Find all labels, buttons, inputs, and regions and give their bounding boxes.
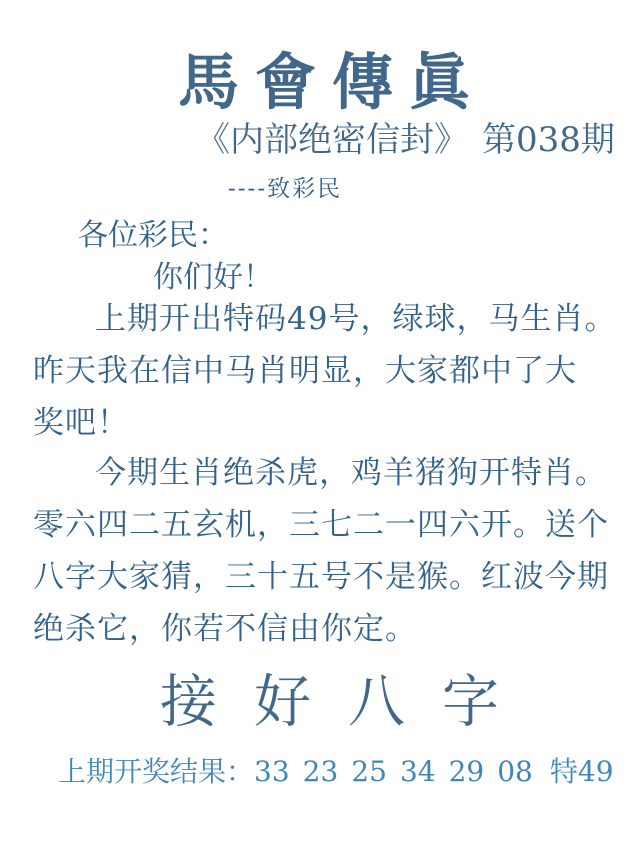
text-line: 奖吧！ xyxy=(33,397,598,449)
special-number-value: 49 xyxy=(578,755,614,788)
special-number-label: 特 xyxy=(550,755,578,788)
result-number: 08 xyxy=(497,755,533,788)
slogan-text: 接好八字 xyxy=(160,670,536,736)
result-number: 34 xyxy=(400,755,436,788)
result-number: 23 xyxy=(303,755,339,788)
text-line: 八字大家猜，三十五号不是猴。红波今期 xyxy=(33,551,598,603)
paragraph-last-draw-recap: 上期开出特码49号，绿球，马生肖。 昨天我在信中马肖明显，大家都中了大 奖吧！ xyxy=(33,293,598,449)
text-line: 绝杀它，你若不信由你定。 xyxy=(33,603,598,655)
page-title: 馬會傳眞 xyxy=(178,52,486,113)
dedication-line: ----致彩民 xyxy=(228,170,342,203)
salutation: 各位彩民： xyxy=(78,210,228,254)
result-number: 33 xyxy=(254,755,290,788)
result-number: 25 xyxy=(351,755,387,788)
last-draw-results: 上期开奖结果：332325342908特49 xyxy=(58,750,614,790)
text-line: 昨天我在信中马肖明显，大家都中了大 xyxy=(33,345,598,397)
text-line: 零六四二五玄机，三七二一四六开。送个 xyxy=(33,499,598,551)
greeting: 你们好！ xyxy=(153,252,273,296)
results-label: 上期开奖结果： xyxy=(58,755,254,788)
result-number: 29 xyxy=(449,755,485,788)
subtitle: 《内部绝密信封》第038期 xyxy=(196,122,615,159)
text-line: 今期生肖绝杀虎，鸡羊猪狗开特肖。 xyxy=(33,447,598,499)
paragraph-current-tips: 今期生肖绝杀虎，鸡羊猪狗开特肖。 零六四二五玄机，三七二一四六开。送个 八字大家… xyxy=(33,447,598,655)
subtitle-envelope-label: 《内部绝密信封》 xyxy=(196,120,468,160)
fax-document-page: 馬會傳眞 《内部绝密信封》第038期 ----致彩民 各位彩民： 你们好！ 上期… xyxy=(0,0,627,844)
issue-number: 第038期 xyxy=(482,120,615,160)
text-line: 上期开出特码49号，绿球，马生肖。 xyxy=(33,293,598,345)
